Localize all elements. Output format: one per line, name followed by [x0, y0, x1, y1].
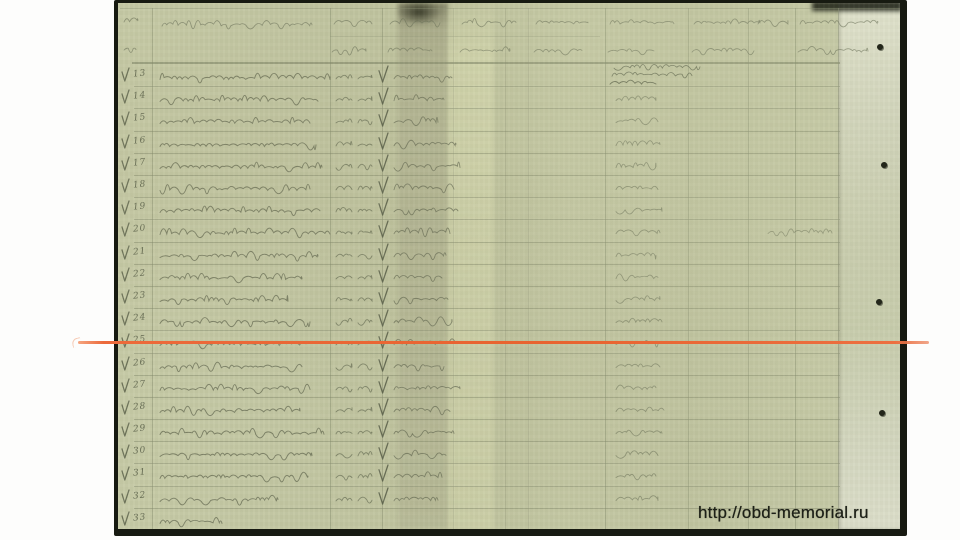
checkmark-icon	[378, 443, 389, 460]
checkmark-icon	[378, 266, 389, 283]
note-scribble	[394, 135, 456, 150]
date-scribble	[336, 426, 352, 437]
ledger-row: 15	[118, 108, 900, 130]
date-scribble	[336, 382, 352, 393]
date-scribble	[358, 115, 372, 126]
date-scribble	[358, 249, 372, 260]
remark-scribble	[616, 225, 660, 237]
remark-scribble	[616, 203, 662, 215]
header-scribble	[332, 42, 366, 56]
checkmark-icon	[121, 112, 130, 126]
header-scribble	[388, 42, 432, 56]
ledger-row: 19	[118, 197, 900, 219]
ledger-row: 18	[118, 175, 900, 197]
row-number: 33	[133, 512, 147, 523]
ledger-row: 22	[118, 264, 900, 286]
checkmark-icon	[378, 310, 389, 327]
header-scribble	[124, 12, 138, 26]
date-scribble	[336, 160, 352, 171]
remark-scribble	[616, 137, 660, 149]
note-scribble	[394, 312, 452, 327]
date-scribble	[336, 115, 352, 126]
extra-scribble	[768, 225, 832, 237]
name-scribble	[160, 268, 302, 284]
checkmark-icon	[121, 223, 130, 237]
ledger-row: 13	[118, 64, 900, 86]
note-scribble	[394, 68, 452, 83]
note-scribble	[394, 423, 454, 438]
name-scribble	[160, 223, 330, 239]
date-scribble	[358, 404, 372, 415]
date-scribble	[358, 271, 372, 282]
row-number: 30	[133, 446, 147, 457]
ledger-row: 30	[118, 441, 900, 463]
header-scribble	[800, 14, 878, 28]
row-number: 15	[133, 113, 147, 124]
checkmark-icon	[121, 401, 130, 415]
date-scribble	[336, 448, 352, 459]
row-number: 26	[133, 357, 147, 368]
checkmark-icon	[121, 201, 130, 215]
ledger-row: 24	[118, 308, 900, 330]
date-scribble	[336, 71, 352, 82]
checkmark-icon	[121, 246, 130, 260]
remark-scribble	[616, 492, 658, 504]
checkmark-icon	[378, 199, 389, 216]
note-scribble	[394, 268, 442, 283]
header-scribble	[390, 14, 440, 28]
row-number: 27	[133, 379, 147, 390]
ledger-row: 31	[118, 463, 900, 485]
watermark-url: http://obd-memorial.ru	[698, 503, 869, 523]
date-scribble	[358, 93, 372, 104]
checkmark-icon	[378, 221, 389, 238]
note-scribble	[394, 179, 454, 194]
row-number: 20	[133, 224, 147, 235]
row-number: 16	[133, 135, 147, 146]
row-number: 18	[133, 179, 147, 190]
name-scribble	[160, 401, 300, 417]
checkmark-icon	[378, 110, 389, 127]
row-number: 24	[133, 312, 147, 323]
row-number: 19	[133, 201, 147, 212]
row-number: 28	[133, 401, 147, 412]
remark-scribble	[616, 181, 658, 193]
date-scribble	[358, 138, 372, 149]
date-scribble	[336, 271, 352, 282]
checkmark-icon	[378, 377, 389, 394]
note-scribble	[394, 112, 438, 127]
remark-scribble	[616, 248, 656, 260]
note-scribble	[394, 357, 444, 372]
remark-scribble	[616, 114, 658, 126]
header-scribble	[692, 42, 754, 56]
header-scribble	[124, 40, 136, 54]
checkmark-icon	[378, 155, 389, 172]
header-scribble	[462, 14, 516, 28]
note-scribble	[394, 246, 446, 261]
ledger-row: 17	[118, 153, 900, 175]
date-scribble	[336, 93, 352, 104]
date-scribble	[336, 404, 352, 415]
row-number: 13	[133, 68, 147, 79]
note-scribble	[394, 467, 442, 482]
date-scribble	[336, 138, 352, 149]
note-scribble	[394, 90, 444, 105]
ink-speck	[879, 410, 885, 416]
scanned-document: 1314151617181920212223242526272829303132…	[114, 0, 907, 536]
checkmark-icon	[121, 357, 130, 371]
row-number: 21	[133, 246, 147, 257]
header-scribble	[694, 14, 760, 28]
ledger-row: 27	[118, 375, 900, 397]
checkmark-icon	[378, 421, 389, 438]
remark-scribble	[616, 403, 664, 415]
date-scribble	[358, 493, 372, 504]
checkmark-icon	[121, 290, 130, 304]
checkmark-icon	[121, 423, 130, 437]
note-scribble	[394, 379, 460, 394]
row-number: 14	[133, 91, 147, 102]
name-scribble	[160, 312, 310, 328]
row-number: 22	[133, 268, 147, 279]
date-scribble	[358, 204, 372, 215]
name-scribble	[160, 90, 318, 106]
checkmark-icon	[378, 88, 389, 105]
row-number: 23	[133, 290, 147, 301]
checkmark-icon	[121, 268, 130, 282]
name-scribble	[160, 490, 278, 506]
checkmark-icon	[378, 66, 389, 83]
date-scribble	[358, 293, 372, 304]
date-scribble	[358, 226, 372, 237]
checkmark-icon	[378, 133, 389, 150]
ledger-row: 29	[118, 419, 900, 441]
name-scribble	[160, 157, 322, 173]
checkmark-icon	[121, 179, 130, 193]
checkmark-icon	[121, 512, 130, 526]
date-scribble	[358, 182, 372, 193]
header-scribble	[798, 42, 868, 56]
remark-scribble	[616, 381, 656, 393]
date-scribble	[336, 204, 352, 215]
row-number: 31	[133, 468, 147, 479]
note-scribble	[394, 490, 438, 505]
ink-speck	[877, 44, 883, 50]
name-scribble	[160, 512, 222, 528]
date-scribble	[358, 448, 372, 459]
name-scribble	[160, 68, 330, 84]
header-scribble	[536, 14, 588, 28]
remark-scribble	[616, 314, 662, 326]
date-scribble	[336, 315, 352, 326]
date-scribble	[336, 470, 352, 481]
note-scribble	[394, 201, 458, 216]
ledger-row: 23	[118, 286, 900, 308]
header-scribble	[534, 42, 582, 56]
date-scribble	[336, 249, 352, 260]
checkmark-icon	[121, 467, 130, 481]
checkmark-icon	[378, 465, 389, 482]
ledger-row: 28	[118, 397, 900, 419]
grid-line-h	[330, 36, 600, 37]
date-scribble	[336, 493, 352, 504]
row-number: 17	[133, 157, 147, 168]
header-scribble	[334, 14, 372, 28]
checkmark-icon	[378, 288, 389, 305]
ledger-row: 14	[118, 86, 900, 108]
date-scribble	[336, 182, 352, 193]
ledger-row: 21	[118, 242, 900, 264]
checkmark-icon	[121, 135, 130, 149]
remark-scribble	[616, 469, 656, 481]
ledger-paper: 1314151617181920212223242526272829303132…	[118, 3, 900, 529]
header-scribble	[162, 16, 312, 30]
checkmark-icon	[121, 490, 130, 504]
ledger-row: 16	[118, 131, 900, 153]
note-scribble	[394, 157, 460, 172]
name-scribble	[160, 423, 324, 439]
date-scribble	[336, 360, 352, 371]
ledger-row: 20	[118, 219, 900, 241]
checkmark-icon	[378, 488, 389, 505]
ink-speck	[881, 162, 887, 168]
header-scribble	[460, 42, 510, 56]
note-scribble	[394, 223, 450, 238]
date-scribble	[336, 293, 352, 304]
note-scribble	[394, 445, 446, 460]
checkmark-icon	[121, 68, 130, 82]
checkmark-icon	[121, 157, 130, 171]
name-scribble	[160, 179, 310, 195]
header-scribble	[610, 14, 674, 28]
name-scribble	[160, 201, 320, 217]
corner-shadow	[812, 3, 900, 11]
name-scribble	[160, 112, 310, 128]
remark-scribble	[616, 425, 662, 437]
name-scribble	[160, 357, 302, 373]
remark-scribble	[616, 159, 656, 171]
ledger-row: 26	[118, 353, 900, 375]
row-number: 32	[133, 490, 147, 501]
grid-line-h	[120, 8, 900, 9]
remark-scribble	[616, 359, 660, 371]
remark-scribble	[616, 270, 658, 282]
name-scribble	[160, 445, 312, 461]
header-scribble	[608, 42, 654, 56]
slide-page: 1314151617181920212223242526272829303132…	[0, 0, 960, 540]
checkmark-icon	[121, 312, 130, 326]
checkmark-icon	[378, 399, 389, 416]
name-scribble	[160, 379, 310, 395]
note-scribble	[394, 401, 450, 416]
date-scribble	[336, 226, 352, 237]
date-scribble	[358, 160, 372, 171]
remark-scribble	[616, 92, 656, 104]
name-scribble	[160, 290, 288, 306]
name-scribble	[160, 246, 318, 262]
name-scribble	[160, 467, 308, 483]
date-scribble	[358, 360, 372, 371]
remark-scribble	[616, 292, 660, 304]
date-scribble	[358, 470, 372, 481]
note-scribble	[394, 290, 448, 305]
date-scribble	[358, 315, 372, 326]
header-scribble	[758, 14, 788, 28]
name-scribble	[160, 135, 316, 151]
date-scribble	[358, 71, 372, 82]
checkmark-icon	[378, 177, 389, 194]
remark-scribble	[616, 447, 658, 459]
row-number: 29	[133, 423, 147, 434]
date-scribble	[358, 426, 372, 437]
checkmark-icon	[121, 379, 130, 393]
checkmark-icon	[121, 90, 130, 104]
date-scribble	[358, 382, 372, 393]
highlight-line	[78, 341, 929, 344]
checkmark-icon	[121, 445, 130, 459]
checkmark-icon	[378, 244, 389, 261]
checkmark-icon	[378, 355, 389, 372]
ink-speck	[876, 299, 882, 305]
